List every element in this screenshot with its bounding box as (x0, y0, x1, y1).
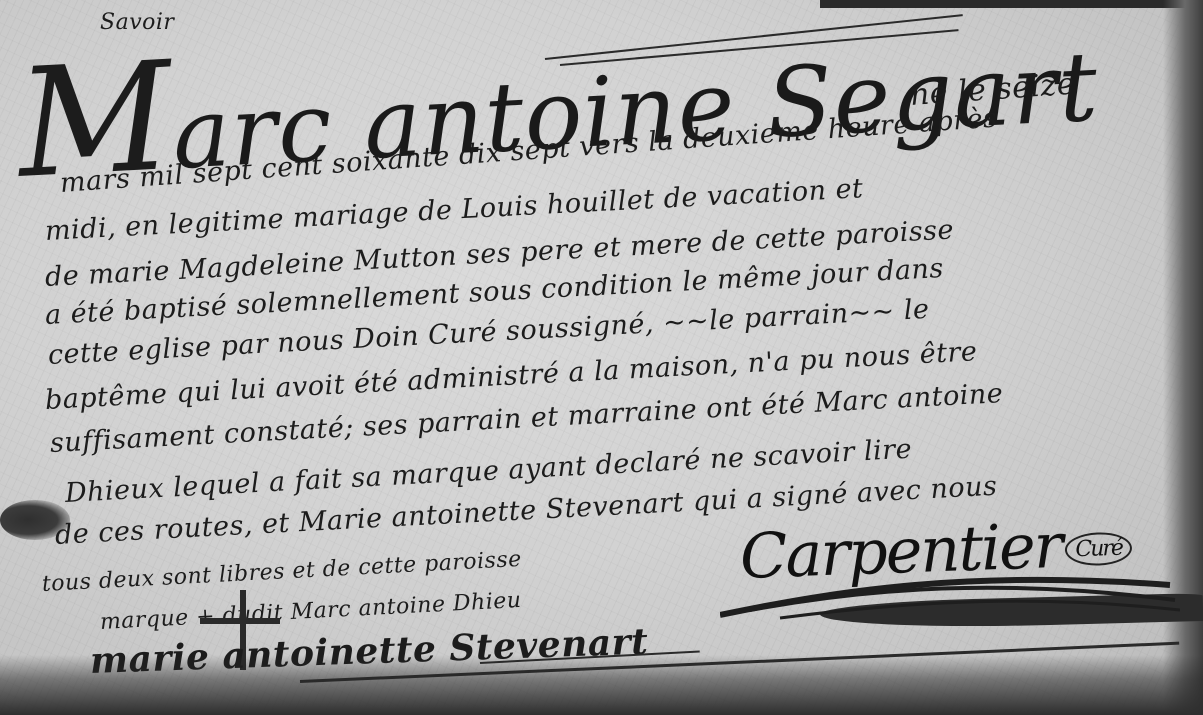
record-line: tous deux sont libres et de cette parois… (41, 547, 522, 597)
priest-title: Curé (1065, 532, 1133, 567)
cross-mark (200, 618, 280, 624)
document-scan: Savoir Marc antoine Segart né le seize m… (0, 0, 1203, 715)
bottom-shadow-edge (0, 655, 1203, 715)
priest-signature: CarpentierCuré (739, 506, 1133, 593)
priest-name: Carpentier (739, 509, 1063, 593)
